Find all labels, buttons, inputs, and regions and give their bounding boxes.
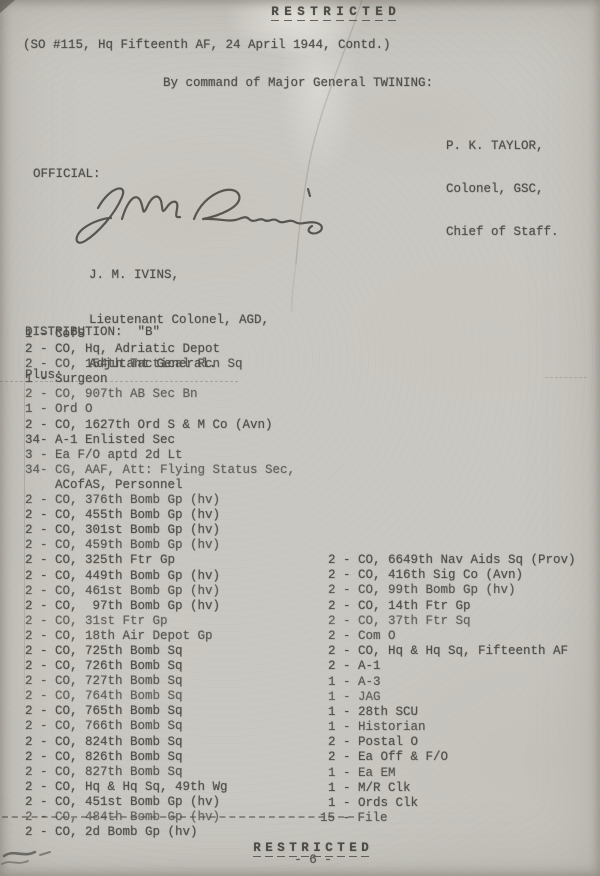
distribution-item: 1 - A-3 bbox=[328, 675, 576, 690]
distribution-item: 1 - 28th SCU bbox=[328, 705, 576, 720]
distribution-item: 2 - CO, 727th Bomb Sq bbox=[25, 674, 295, 689]
distribution-item: 2 - CO, Hq, Adriatic Depot bbox=[25, 342, 295, 357]
fold-crease bbox=[24, 336, 25, 724]
distribution-item: 2 - CO, 455th Bomb Gp (hv) bbox=[25, 508, 295, 523]
distribution-item: 2 - A-1 bbox=[328, 659, 576, 674]
distribution-item: 2 - CO, 461st Bomb Gp (hv) bbox=[25, 584, 295, 599]
distribution-item: 1 - JAG bbox=[328, 690, 576, 705]
distribution-item: 2 - CO, 37th Ftr Sq bbox=[328, 614, 576, 629]
distribution-item: 2 - CO, 2d Bomb Gp (hv) bbox=[25, 825, 295, 840]
distribution-item: 2 - CO, 416th Sig Co (Avn) bbox=[328, 568, 576, 583]
distribution-item: 2 - CO, 1627th Ord S & M Co (Avn) bbox=[25, 418, 295, 433]
distribution-item: 2 - Com O bbox=[328, 629, 576, 644]
distribution-left-list: 1 - CofS2 - CO, Hq, Adriatic Depot2 - CO… bbox=[25, 327, 295, 840]
signer-block: P. K. TAYLOR, Colonel, GSC, Chief of Sta… bbox=[446, 111, 559, 268]
ink-smudge bbox=[2, 852, 50, 864]
signer-rank: Colonel, GSC, bbox=[446, 182, 559, 197]
distribution-item: 1 - Ea EM bbox=[328, 766, 576, 781]
document-page: RESTRICTED (SO #115, Hq Fifteenth AF, 24… bbox=[0, 0, 600, 876]
distribution-item: 2 - CO, 325th Ftr Gp bbox=[25, 553, 295, 568]
distribution-item: 2 - CO, 97th Bomb Gp (hv) bbox=[25, 599, 295, 614]
distribution-item: 15 - File bbox=[320, 811, 576, 826]
distribution-item: 1 - Surgeon bbox=[25, 372, 295, 387]
distribution-item: 3 - Ea F/O aptd 2d Lt bbox=[25, 448, 295, 463]
distribution-item: 2 - CO, 154th Tactical Rcn Sq bbox=[25, 357, 295, 372]
adjutant-name: J. M. IVINS, bbox=[89, 267, 269, 284]
classification-banner-top: RESTRICTED bbox=[271, 5, 401, 21]
classification-banner-bottom: RESTRICTED - 6 - bbox=[253, 841, 383, 857]
distribution-item: 2 - CO, 765th Bomb Sq bbox=[25, 704, 295, 719]
distribution-item: 2 - CO, 301st Bomb Gp (hv) bbox=[25, 523, 295, 538]
distribution-item: 2 - CO, 725th Bomb Sq bbox=[25, 644, 295, 659]
distribution-item: 1 - Ord O bbox=[25, 402, 295, 417]
distribution-item: 2 - CO, 764th Bomb Sq bbox=[25, 689, 295, 704]
distribution-item: 2 - CO, 824th Bomb Sq bbox=[25, 735, 295, 750]
command-line: By command of Major General TWINING: bbox=[163, 76, 433, 90]
distribution-item: 2 - Ea Off & F/O bbox=[328, 750, 576, 765]
distribution-item: 1 - CofS bbox=[25, 327, 295, 342]
distribution-item: 2 - CO, 6649th Nav Aids Sq (Prov) bbox=[328, 553, 576, 568]
classification-text: RESTRICTED bbox=[271, 5, 401, 19]
distribution-item: 2 - CO, 459th Bomb Gp (hv) bbox=[25, 538, 295, 553]
paper-crease-line bbox=[545, 377, 587, 378]
paper-crease-line bbox=[0, 381, 238, 382]
distribution-item: 2 - CO, Hq & Hq Sq, 49th Wg bbox=[25, 780, 295, 795]
signer-name: P. K. TAYLOR, bbox=[446, 139, 559, 154]
distribution-item: 2 - CO, 99th Bomb Gp (hv) bbox=[328, 583, 576, 598]
corner-shadow bbox=[0, 0, 15, 13]
distribution-item: 34- A-1 Enlisted Sec bbox=[25, 433, 295, 448]
distribution-item: 2 - CO, 726th Bomb Sq bbox=[25, 659, 295, 674]
distribution-item: 2 - CO, 827th Bomb Sq bbox=[25, 765, 295, 780]
order-header-line: (SO #115, Hq Fifteenth AF, 24 April 1944… bbox=[23, 38, 391, 52]
distribution-item: 2 - CO, 31st Ftr Gp bbox=[25, 614, 295, 629]
distribution-item: 2 - CO, 907th AB Sec Bn bbox=[25, 387, 295, 402]
distribution-item: 1 - Ords Clk bbox=[328, 796, 576, 811]
distribution-item: 2 - CO, 766th Bomb Sq bbox=[25, 719, 295, 734]
distribution-item: 2 - Postal O bbox=[328, 735, 576, 750]
distribution-right-list: 2 - CO, 6649th Nav Aids Sq (Prov)2 - CO,… bbox=[328, 553, 576, 826]
distribution-item: 2 - CO, 14th Ftr Gp bbox=[328, 599, 576, 614]
distribution-item: 2 - CO, Hq & Hq Sq, Fifteenth AF bbox=[328, 644, 576, 659]
distribution-item: 1 - M/R Clk bbox=[328, 781, 576, 796]
distribution-item: 34- CG, AAF, Att: Flying Status Sec, bbox=[25, 463, 295, 478]
page-number: - 6 - bbox=[253, 853, 373, 867]
distribution-item: ACofAS, Personnel bbox=[25, 478, 295, 493]
distribution-item: 2 - CO, 826th Bomb Sq bbox=[25, 750, 295, 765]
signer-title: Chief of Staff. bbox=[446, 225, 559, 240]
strikethrough-line bbox=[2, 816, 354, 818]
distribution-item: 1 - Historian bbox=[328, 720, 576, 735]
distribution-item: 2 - CO, 451st Bomb Gp (hv) bbox=[25, 795, 295, 810]
distribution-item: 2 - CO, 449th Bomb Gp (hv) bbox=[25, 569, 295, 584]
distribution-item: 2 - CO, 376th Bomb Gp (hv) bbox=[25, 493, 295, 508]
distribution-item: 2 - CO, 18th Air Depot Gp bbox=[25, 629, 295, 644]
